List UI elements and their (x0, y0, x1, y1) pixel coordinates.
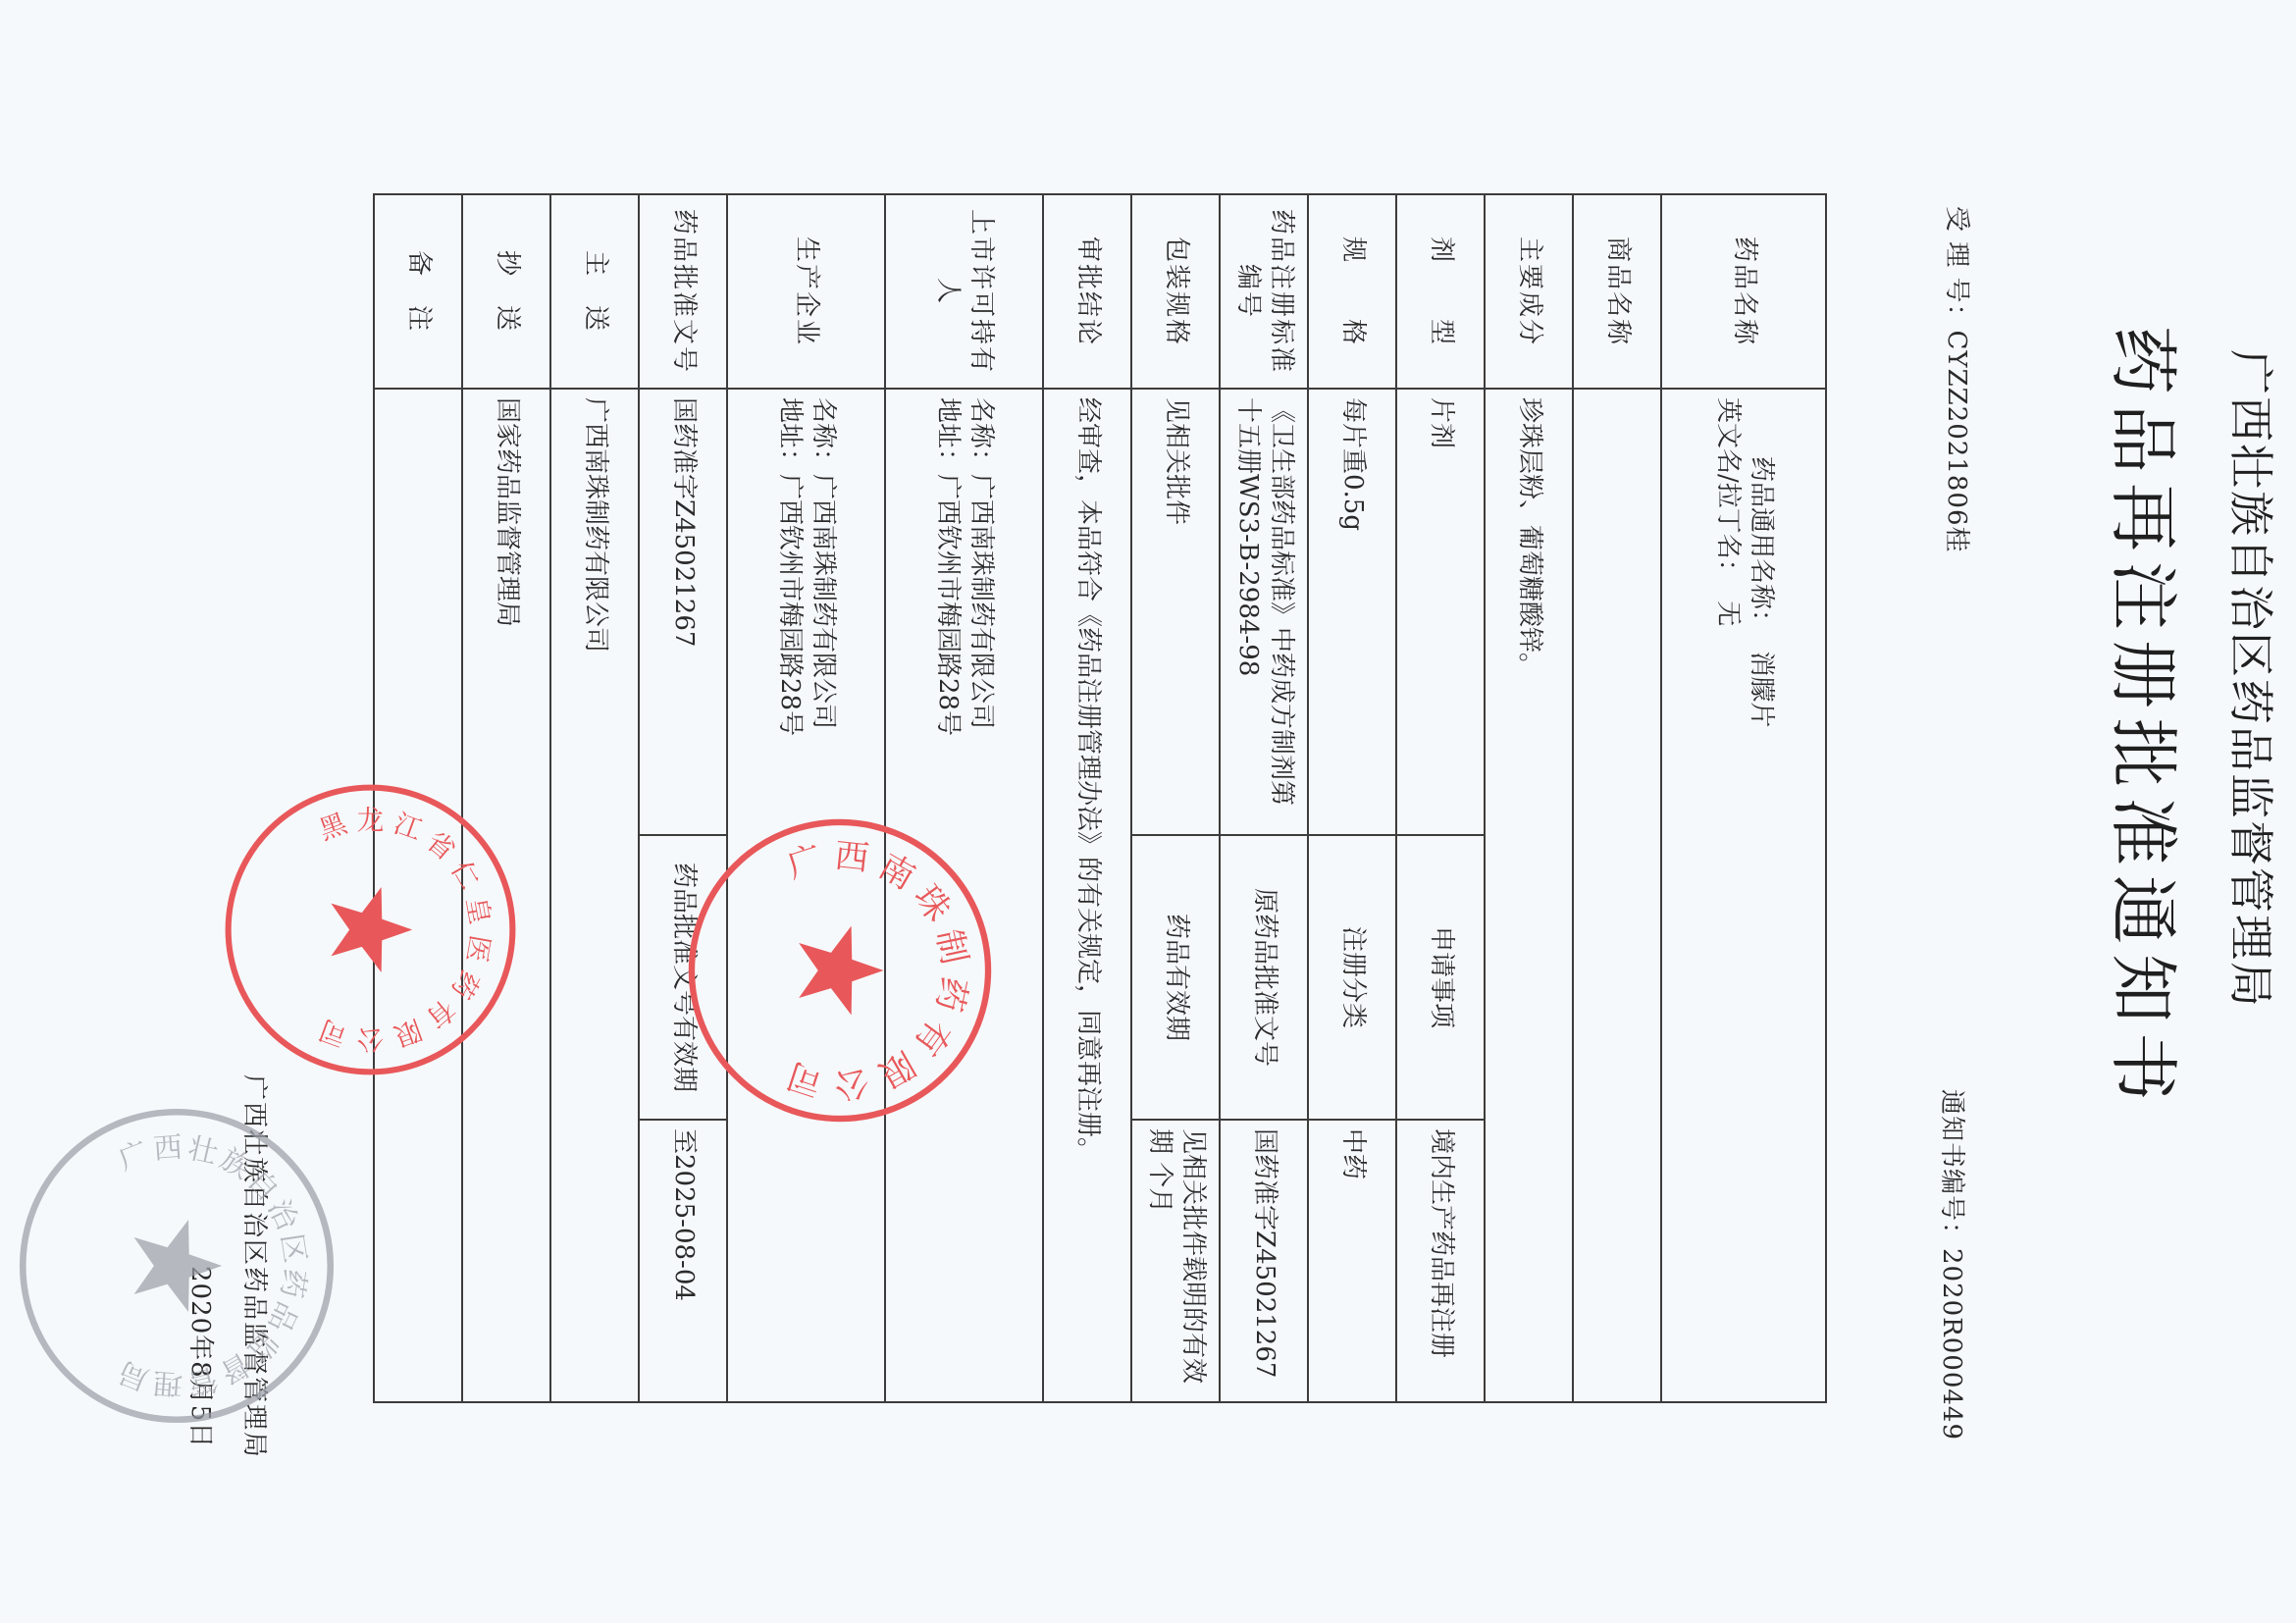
document-title: 药品再注册批准通知书 (2099, 0, 2198, 1530)
english-name: 无 (1713, 601, 1743, 626)
registration-category-label: 注册分类 (1308, 835, 1396, 1120)
issuing-agency: 广西壮族自治区药品监督管理局 (2221, 0, 2286, 1491)
table-row: 包装规格 见相关批件 药品有效期 见相关批件载明的有效期 个月 (1131, 194, 1220, 1402)
acceptance-label: 受 理 号： (1942, 206, 1971, 331)
svg-text:广: 广 (114, 1135, 153, 1178)
issuer-signature: 广西壮族自治区药品监督管理局 (238, 1074, 275, 1459)
manufacturer-value: 名称：广西南珠制药有限公司 地址：广西钦州市梅园路28号 (727, 389, 885, 1402)
manufacturer-address: 广西钦州市梅园路28号 (776, 474, 806, 736)
svg-text:西: 西 (152, 1130, 183, 1167)
specification-value: 每片重0.5g (1308, 389, 1396, 835)
packaging-value: 见相关批件 (1131, 389, 1220, 835)
registration-standard-label: 药品注册标准编号 (1220, 194, 1308, 389)
agency-seal-stamp: 广西壮族自治区药品监督管理局 (15, 1104, 339, 1428)
manufacturer-label: 生产企业 (727, 194, 885, 389)
mah-value: 名称：广西南珠制药有限公司 地址：广西钦州市梅园路28号 (885, 389, 1043, 1402)
table-row: 药品注册标准编号 《卫生部药品标准》中药成方制剂第十五册WS3-B-2984-9… (1220, 194, 1308, 1402)
table-row: 规 格 每片重0.5g 注册分类 中药 (1308, 194, 1396, 1402)
notice-number: 通知书编号：2020R000449 (1936, 1089, 1972, 1440)
svg-text:区: 区 (274, 1231, 312, 1266)
table-row: 药品名称 药品通用名称： 消朦片 英文名/拉丁名： 无 (1661, 194, 1826, 1402)
trade-name-label: 商品名称 (1573, 194, 1661, 389)
approval-no-label: 药品批准文号 (639, 194, 727, 389)
issue-date: 2020年8月5日 (184, 1266, 221, 1448)
table-row: 审批结论 经审查，本品符合《药品注册管理办法》的有关规定，同意再注册。 (1043, 194, 1131, 1402)
svg-text:局: 局 (114, 1354, 153, 1396)
dosage-form-label: 剂 型 (1396, 194, 1485, 389)
dosage-form-value: 片剂 (1396, 389, 1485, 835)
cc-label: 抄 送 (462, 194, 550, 389)
approval-form-table: 药品名称 药品通用名称： 消朦片 英文名/拉丁名： 无 商品名称 主要成分 珍珠… (373, 193, 1827, 1403)
table-row: 上市许可持有人 名称：广西南珠制药有限公司 地址：广西钦州市梅园路28号 (885, 194, 1043, 1402)
recipient-label: 主 送 (550, 194, 639, 389)
approval-no-value: 国药准字Z45021267 (639, 389, 727, 835)
ingredients-label: 主要成分 (1485, 194, 1573, 389)
acceptance-number: 受 理 号：CYZZ2021806桂 (1941, 206, 1977, 553)
approval-validity-value: 至2025-08-04 (639, 1120, 727, 1402)
notice-label: 通知书编号： (1937, 1089, 1966, 1248)
ingredients-value: 珍珠层粉、葡萄糖酸锌。 (1485, 389, 1573, 1402)
document-page: 广西壮族自治区药品监督管理局 药品再注册批准通知书 受 理 号：CYZZ2021… (0, 0, 2296, 1623)
application-item-label: 申请事项 (1396, 835, 1485, 1120)
table-row: 抄 送 国家药品监督管理局 (462, 194, 550, 1402)
recipient-value: 广西南珠制药有限公司 (550, 389, 639, 1402)
table-row: 药品批准文号 国药准字Z45021267 药品批准文号有效期 至2025-08-… (639, 194, 727, 1402)
conclusion-value: 经审查，本品符合《药品注册管理办法》的有关规定，同意再注册。 (1043, 389, 1131, 1402)
registration-category-value: 中药 (1308, 1120, 1396, 1402)
packaging-label: 包装规格 (1131, 194, 1220, 389)
shelf-life-value: 见相关批件载明的有效期 个月 (1131, 1120, 1220, 1402)
original-approval-no-value: 国药准字Z45021267 (1220, 1120, 1308, 1402)
registration-standard-value: 《卫生部药品标准》中药成方制剂第十五册WS3-B-2984-98 (1220, 389, 1308, 835)
acceptance-value: CYZZ2021806桂 (1942, 331, 1971, 553)
approval-validity-label: 药品批准文号有效期 (639, 835, 727, 1120)
drug-name-value: 药品通用名称： 消朦片 英文名/拉丁名： 无 (1661, 389, 1826, 1402)
mah-label: 上市许可持有人 (885, 194, 1043, 389)
svg-text:药: 药 (274, 1267, 312, 1301)
table-row: 主要成分 珍珠层粉、葡萄糖酸锌。 (1485, 194, 1573, 1402)
conclusion-label: 审批结论 (1043, 194, 1131, 389)
remarks-value (374, 389, 462, 1402)
shelf-life-label: 药品有效期 (1131, 835, 1220, 1120)
mah-address: 广西钦州市梅园路28号 (934, 474, 964, 736)
original-approval-no-label: 原药品批准文号 (1220, 835, 1308, 1120)
svg-text:司: 司 (315, 1013, 350, 1051)
generic-name: 消朦片 (1747, 652, 1776, 728)
cc-value: 国家药品监督管理局 (462, 389, 550, 1402)
table-row: 剂 型 片剂 申请事项 境内生产药品再注册 (1396, 194, 1485, 1402)
svg-text:理: 理 (152, 1365, 184, 1401)
table-row: 商品名称 (1573, 194, 1661, 1402)
notice-value: 2020R000449 (1937, 1248, 1966, 1440)
svg-text:黑: 黑 (315, 809, 351, 847)
specification-label: 规 格 (1308, 194, 1396, 389)
table-row: 备 注 (374, 194, 462, 1402)
application-item-value: 境内生产药品再注册 (1396, 1120, 1485, 1402)
drug-name-label: 药品名称 (1661, 194, 1826, 389)
manufacturer-name: 广西南珠制药有限公司 (809, 474, 838, 729)
table-row: 主 送 广西南珠制药有限公司 (550, 194, 639, 1402)
trade-name-value (1573, 389, 1661, 1402)
svg-text:壮: 壮 (184, 1131, 221, 1172)
remarks-label: 备 注 (374, 194, 462, 389)
mah-name: 广西南珠制药有限公司 (966, 474, 996, 729)
table-row: 生产企业 名称：广西南珠制药有限公司 地址：广西钦州市梅园路28号 (727, 194, 885, 1402)
